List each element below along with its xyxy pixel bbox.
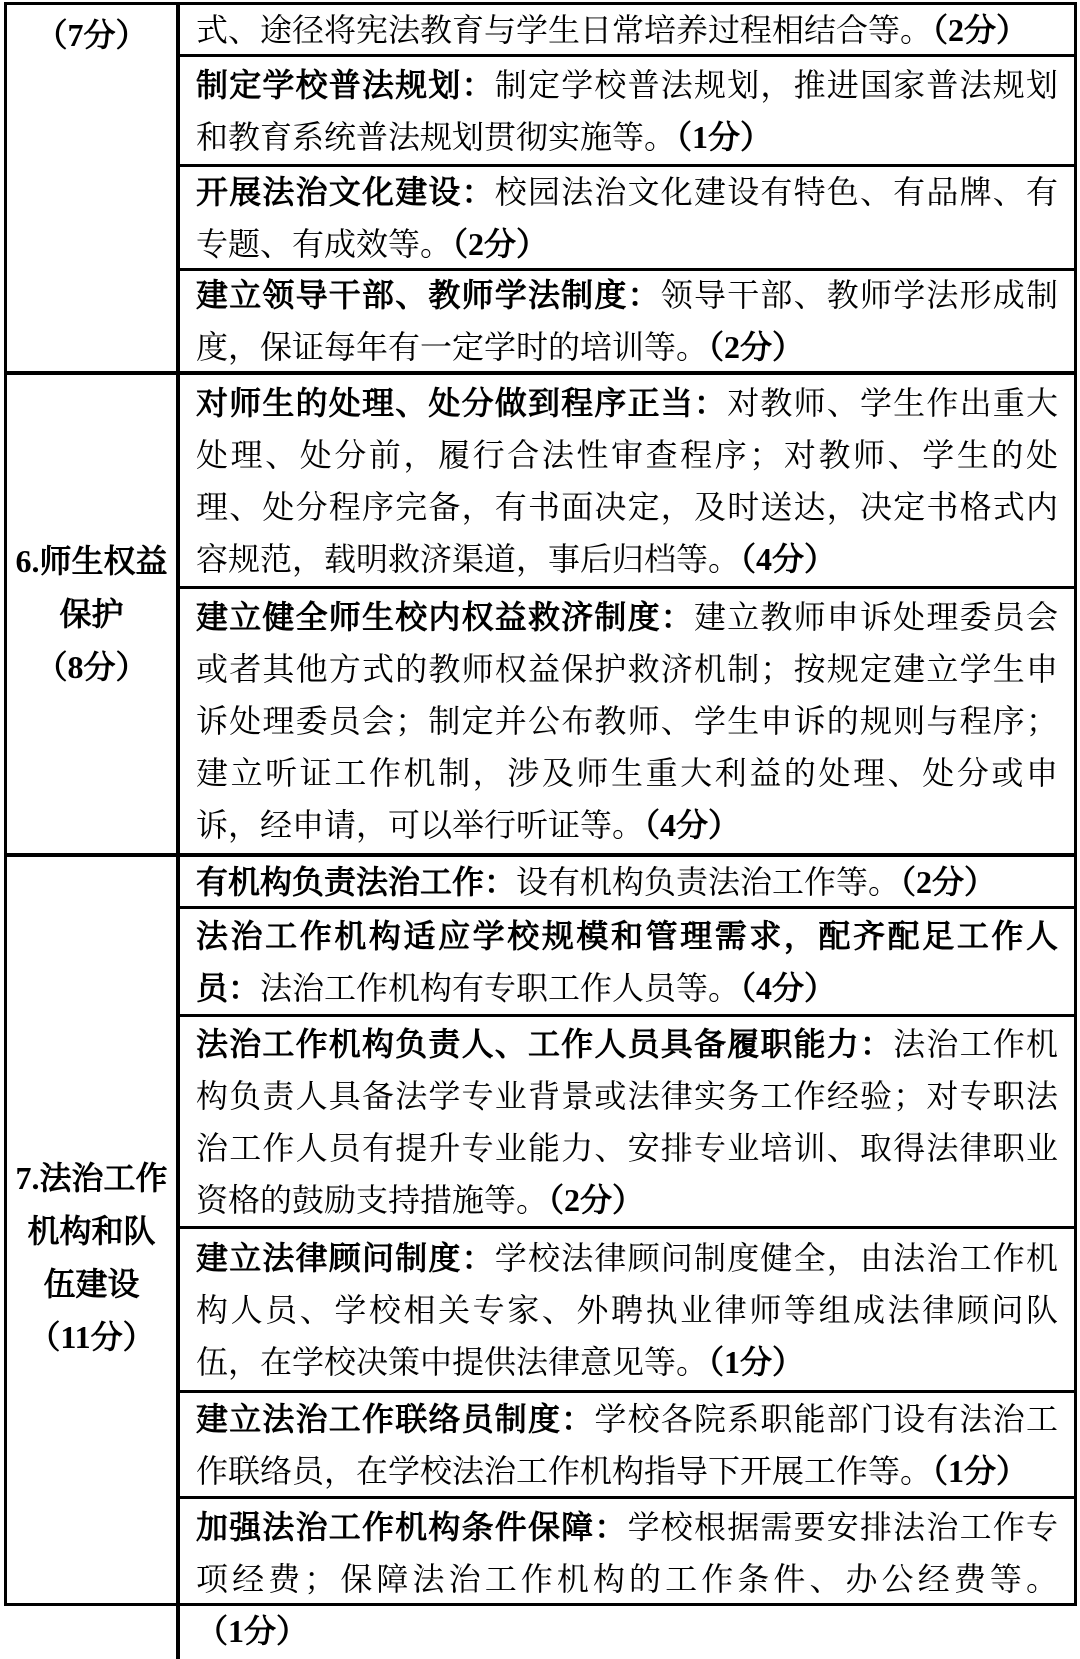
category-cell: 7.法治工作 机构和队 伍建设 （11分） xyxy=(7,857,180,1659)
criterion-title: 建立法治工作联络员制度： xyxy=(196,1401,594,1437)
criterion-text: 法治工作机构负责人、工作人员具备履职能力：法治工作机构负责人具备法学专业背景或法… xyxy=(180,1017,1074,1228)
category-cell: （7分） xyxy=(7,5,180,371)
rubric-table: （7分） 式、途径将宪法教育与学生日常培养过程相结合等。（2分） 制定学校普法规… xyxy=(4,2,1077,1606)
table-row: 式、途径将宪法教育与学生日常培养过程相结合等。（2分） xyxy=(180,5,1074,57)
category-label-line: （11分） xyxy=(28,1311,154,1364)
category-label-line: 机构和队 xyxy=(27,1205,155,1258)
criterion-body: 设有机构负责法治工作等。 xyxy=(516,864,900,900)
table-row: 建立领导干部、教师学法制度：领导干部、教师学法形成制度，保证每年有一定学时的培训… xyxy=(180,271,1074,371)
table-row: 加强法治工作机构条件保障：学校根据需要安排法治工作专项经费；保障法治工作机构的工… xyxy=(180,1499,1074,1659)
criterion-text: 建立领导干部、教师学法制度：领导干部、教师学法形成制度，保证每年有一定学时的培训… xyxy=(180,271,1074,371)
criterion-score: （4分） xyxy=(644,807,740,843)
criteria-rows: 式、途径将宪法教育与学生日常培养过程相结合等。（2分） 制定学校普法规划：制定学… xyxy=(180,5,1074,371)
criterion-title: 法治工作机构负责人、工作人员具备履职能力： xyxy=(196,1026,893,1062)
criterion-score: （2分） xyxy=(932,12,1028,48)
criteria-rows: 有机构负责法治工作：设有机构负责法治工作等。（2分） 法治工作机构适应学校规模和… xyxy=(180,857,1074,1659)
criterion-text: 式、途径将宪法教育与学生日常培养过程相结合等。（2分） xyxy=(180,5,1074,57)
table-row: 法治工作机构负责人、工作人员具备履职能力：法治工作机构负责人具备法学专业背景或法… xyxy=(180,1017,1074,1229)
criterion-text: 制定学校普法规划：制定学校普法规划，推进国家普法规划和教育系统普法规划贯彻实施等… xyxy=(180,57,1074,165)
category-label-line: 保护 xyxy=(59,588,123,641)
criterion-title: 建立法律顾问制度： xyxy=(196,1240,495,1276)
table-row: 开展法治文化建设：校园法治文化建设有特色、有品牌、有专题、有成效等。（2分） xyxy=(180,167,1074,271)
criterion-text: 加强法治工作机构条件保障：学校根据需要安排法治工作专项经费；保障法治工作机构的工… xyxy=(180,1499,1074,1659)
criterion-text: 建立法治工作联络员制度：学校各院系职能部门设有法治工作联络员，在学校法治工作机构… xyxy=(180,1393,1074,1499)
category-label-line: 伍建设 xyxy=(43,1258,139,1311)
criterion-title: 对师生的处理、处分做到程序正当： xyxy=(196,385,727,421)
table-row: 对师生的处理、处分做到程序正当：对教师、学生作出重大处理、处分前，履行合法性审查… xyxy=(180,375,1074,589)
table-row: 建立法律顾问制度：学校法律顾问制度健全，由法治工作机构人员、学校相关专家、外聘执… xyxy=(180,1229,1074,1393)
criterion-text: 对师生的处理、处分做到程序正当：对教师、学生作出重大处理、处分前，履行合法性审查… xyxy=(180,375,1074,587)
document-page: （7分） 式、途径将宪法教育与学生日常培养过程相结合等。（2分） 制定学校普法规… xyxy=(0,0,1080,1609)
criterion-title: 有机构负责法治工作： xyxy=(196,864,516,900)
criterion-score: （2分） xyxy=(452,226,548,262)
criterion-score: （4分） xyxy=(740,970,836,1006)
criterion-title: 制定学校普法规划： xyxy=(196,67,495,103)
criterion-score: （1分） xyxy=(196,1613,308,1649)
criterion-body: 式、途径将宪法教育与学生日常培养过程相结合等。 xyxy=(196,12,932,48)
criterion-text: 法治工作机构适应学校规模和管理需求，配齐配足工作人员：法治工作机构有专职工作人员… xyxy=(180,909,1074,1016)
table-section-5-continued: （7分） 式、途径将宪法教育与学生日常培养过程相结合等。（2分） 制定学校普法规… xyxy=(7,5,1074,375)
criterion-score: （4分） xyxy=(740,541,836,577)
criterion-score: （1分） xyxy=(676,119,772,155)
table-section-7: 7.法治工作 机构和队 伍建设 （11分） 有机构负责法治工作：设有机构负责法治… xyxy=(7,857,1074,1659)
table-section-6: 6.师生权益 保护 （8分） 对师生的处理、处分做到程序正当：对教师、学生作出重… xyxy=(7,375,1074,857)
criterion-text: 建立健全师生校内权益救济制度：建立教师申诉处理委员会或者其他方式的教师权益保护救… xyxy=(180,589,1074,853)
table-row: 制定学校普法规划：制定学校普法规划，推进国家普法规划和教育系统普法规划贯彻实施等… xyxy=(180,57,1074,167)
criterion-title: 开展法治文化建设： xyxy=(196,174,495,210)
category-label-line: 6.师生权益 xyxy=(15,535,167,588)
criterion-body: 法治工作机构有专职工作人员等。 xyxy=(260,970,740,1006)
criterion-score: （1分） xyxy=(708,1344,804,1380)
criterion-title: 建立健全师生校内权益救济制度： xyxy=(196,599,694,635)
category-cell: 6.师生权益 保护 （8分） xyxy=(7,375,180,853)
table-row: 法治工作机构适应学校规模和管理需求，配齐配足工作人员：法治工作机构有专职工作人员… xyxy=(180,909,1074,1017)
criterion-title: 加强法治工作机构条件保障： xyxy=(196,1509,628,1545)
table-row: 建立健全师生校内权益救济制度：建立教师申诉处理委员会或者其他方式的教师权益保护救… xyxy=(180,589,1074,853)
criterion-text: 建立法律顾问制度：学校法律顾问制度健全，由法治工作机构人员、学校相关专家、外聘执… xyxy=(180,1230,1074,1390)
criterion-score: （2分） xyxy=(708,329,804,365)
category-label-line: （8分） xyxy=(35,641,147,694)
criterion-score: （2分） xyxy=(900,864,996,900)
criteria-rows: 对师生的处理、处分做到程序正当：对教师、学生作出重大处理、处分前，履行合法性审查… xyxy=(180,375,1074,853)
criterion-title: 建立领导干部、教师学法制度： xyxy=(196,277,661,313)
criterion-score: （1分） xyxy=(932,1453,1028,1489)
criterion-text: 开展法治文化建设：校园法治文化建设有特色、有品牌、有专题、有成效等。（2分） xyxy=(180,167,1074,271)
category-label-line: 7.法治工作 xyxy=(15,1152,167,1205)
criterion-body: 建立教师申诉处理委员会或者其他方式的教师权益保护救济机制；按规定建立学生申诉处理… xyxy=(196,599,1058,843)
table-row: 有机构负责法治工作：设有机构负责法治工作等。（2分） xyxy=(180,857,1074,909)
criterion-text: 有机构负责法治工作：设有机构负责法治工作等。（2分） xyxy=(180,857,1074,909)
criterion-score: （2分） xyxy=(548,1182,644,1218)
table-row: 建立法治工作联络员制度：学校各院系职能部门设有法治工作联络员，在学校法治工作机构… xyxy=(180,1393,1074,1499)
category-label-line: （7分） xyxy=(35,9,147,62)
